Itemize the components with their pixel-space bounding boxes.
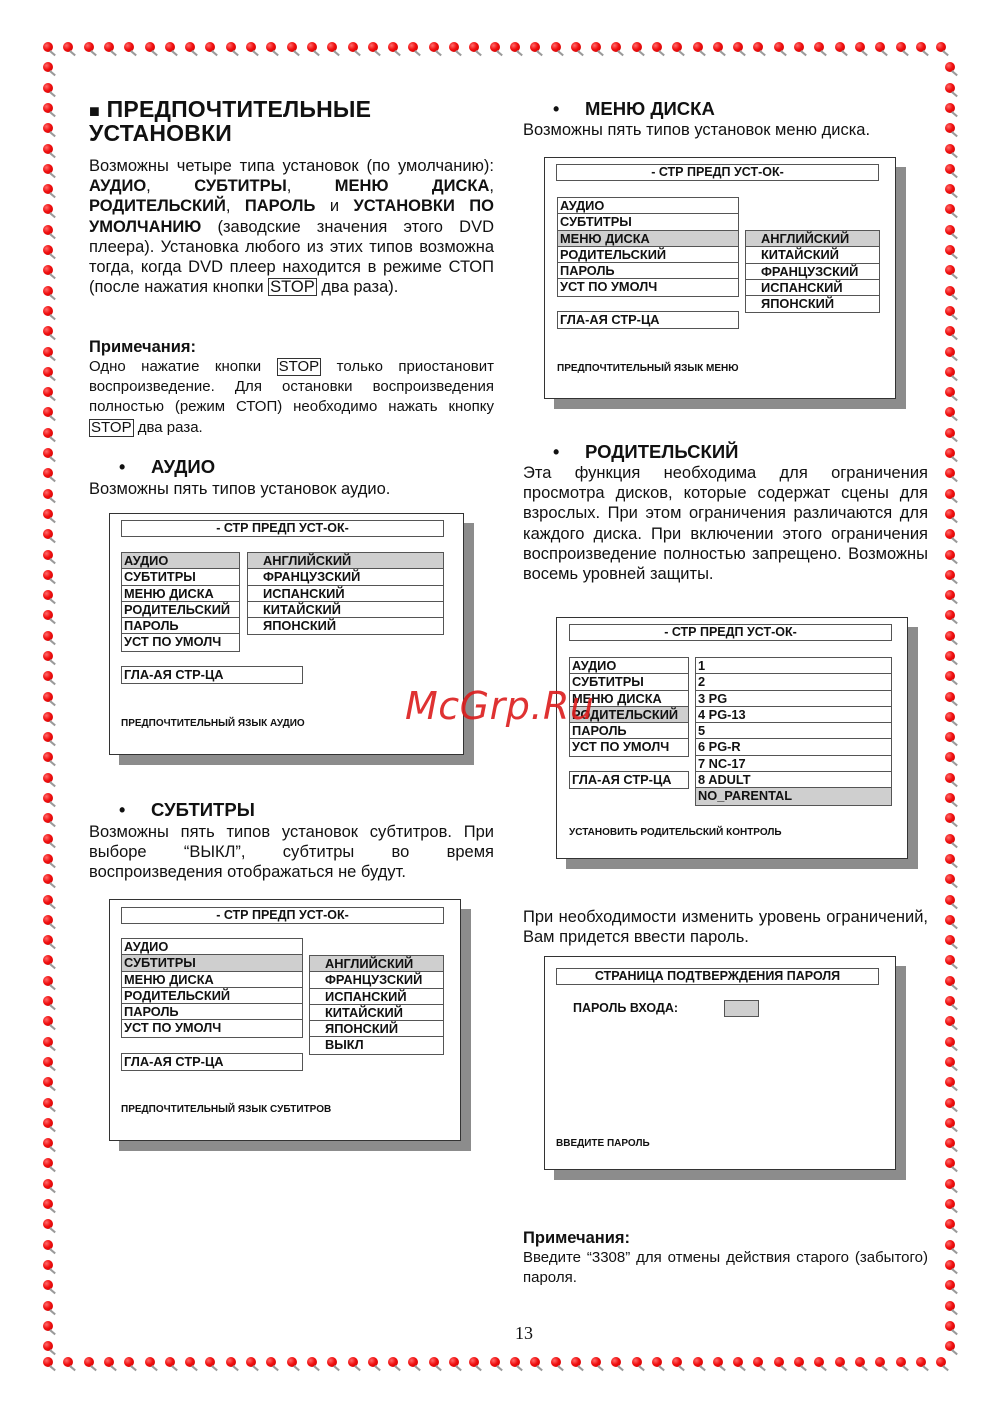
pin-icon [945,550,955,560]
pin-icon [530,42,540,52]
pin-icon [43,935,53,945]
final-note-block: Примечания: Введите “3308” для отмены де… [523,1229,928,1288]
menu-item[interactable]: РОДИТЕЛЬСКИЙ [122,602,239,618]
option-item[interactable]: ЯПОНСКИЙ [248,618,443,634]
pin-icon [43,854,53,864]
pin-icon [794,1357,804,1367]
pin-icon [632,1357,642,1367]
osd-footer-hint: ПРЕДПОЧТИТЕЛЬНЫЙ ЯЗЫК АУДИО [121,718,305,729]
pin-icon [43,610,53,620]
pin-icon [43,1158,53,1168]
pin-icon [611,1357,621,1367]
option-item[interactable]: ИСПАНСКИЙ [248,586,443,602]
pin-icon [43,1240,53,1250]
bullet-icon: • [523,442,585,463]
pin-icon [165,42,175,52]
option-item[interactable]: КИТАЙСКИЙ [248,602,443,618]
pin-icon [774,1357,784,1367]
osd-title: - СТР ПРЕДП УСТ-ОК- [121,520,444,537]
pin-icon [945,732,955,742]
pin-icon [693,1357,703,1367]
parental-description: Эта функция необходима для ограничения п… [523,463,928,584]
pin-icon [672,1357,682,1367]
pin-icon [490,42,500,52]
pin-icon [43,245,53,255]
pin-icon [84,42,94,52]
pin-icon [945,1077,955,1087]
pin-icon [205,1357,215,1367]
audio-heading: •АУДИО [89,456,215,478]
option-item[interactable]: 5 [696,723,891,739]
pin-icon [945,245,955,255]
main-page-button[interactable]: ГЛА-АЯ СТР-ЦА [121,666,303,684]
pin-icon [510,42,520,52]
menu-item[interactable]: МЕНЮ ДИСКА [558,231,738,247]
menu-item[interactable]: РОДИТЕЛЬСКИЙ [558,247,738,263]
pin-icon [713,1357,723,1367]
bullet-icon: • [523,99,585,120]
pin-icon [408,1357,418,1367]
parental-heading: •РОДИТЕЛЬСКИЙ [523,441,738,463]
pin-icon [945,671,955,681]
disc-menu-settings-menu: АУДИОСУБТИТРЫМЕНЮ ДИСКАРОДИТЕЛЬСКИЙПАРОЛ… [557,197,739,297]
pin-icon [43,265,53,275]
pin-icon [945,1118,955,1128]
pin-icon [611,42,621,52]
subtitles-description: Возможны пять типов установок субтитров.… [89,822,494,883]
pin-icon [43,1219,53,1229]
pin-icon [794,42,804,52]
pin-icon [43,468,53,478]
pin-icon [185,42,195,52]
pin-icon [896,1357,906,1367]
stop-key-label: STOP [268,278,317,296]
pin-icon [43,996,53,1006]
disc-menu-description: Возможны пять типов установок меню диска… [523,120,928,140]
pin-icon [43,1321,53,1331]
disc-menu-heading: •МЕНЮ ДИСКА [523,98,715,120]
option-item[interactable]: 2 [696,674,891,690]
menu-item[interactable]: СУБТИТРЫ [122,569,239,585]
pin-icon [945,1240,955,1250]
option-item[interactable]: АНГЛИЙСКИЙ [310,956,443,972]
menu-item[interactable]: УСТ ПО УМОЛЧ [558,279,738,295]
pin-icon [43,752,53,762]
pin-icon [43,692,53,702]
pin-icon [43,306,53,316]
main-page-button[interactable]: ГЛА-АЯ СТР-ЦА [557,311,739,329]
audio-settings-menu: АУДИОСУБТИТРЫМЕНЮ ДИСКАРОДИТЕЛЬСКИЙПАРОЛ… [121,552,240,652]
pin-icon [945,367,955,377]
pin-icon [713,42,723,52]
pin-icon [945,1179,955,1189]
pin-icon [246,1357,256,1367]
option-item[interactable]: 6 PG-R [696,739,891,755]
pin-icon [945,1260,955,1270]
menu-item[interactable]: АУДИО [122,939,302,955]
page-number: 13 [515,1323,533,1344]
pin-icon [63,42,73,52]
pin-icon [945,428,955,438]
pin-icon [945,1158,955,1168]
pin-icon [855,1357,865,1367]
osd-footer-hint: ПРЕДПОЧТИТЕЛЬНЫЙ ЯЗЫК МЕНЮ [557,363,739,374]
pin-icon [43,428,53,438]
pin-icon [287,1357,297,1367]
pin-icon [43,204,53,214]
pin-icon [945,610,955,620]
pin-icon [348,42,358,52]
password-input[interactable] [724,1000,759,1017]
pin-icon [43,570,53,580]
pin-icon [43,895,53,905]
subtitles-settings-menu: АУДИОСУБТИТРЫМЕНЮ ДИСКАРОДИТЕЛЬСКИЙПАРОЛ… [121,938,303,1038]
pin-icon [945,813,955,823]
menu-item[interactable]: АУДИО [570,658,688,674]
note-heading: Примечания: [523,1229,928,1248]
pin-icon [43,732,53,742]
pin-icon [945,62,955,72]
pin-icon [327,42,337,52]
pin-icon [551,42,561,52]
pin-icon [307,42,317,52]
pin-icon [733,1357,743,1367]
pin-icon [43,509,53,519]
pin-icon [368,1357,378,1367]
pin-icon [165,1357,175,1367]
pin-icon [43,834,53,844]
menu-item[interactable]: МЕНЮ ДИСКА [122,586,239,602]
pin-icon [469,1357,479,1367]
pin-icon [945,590,955,600]
pin-icon [945,1199,955,1209]
pin-icon [945,103,955,113]
pin-icon [945,752,955,762]
pin-icon [63,1357,73,1367]
pin-icon [226,42,236,52]
option-item[interactable]: ЯПОНСКИЙ [746,296,879,312]
pin-icon [43,1037,53,1047]
osd-footer-hint: ПРЕДПОЧТИТЕЛЬНЫЙ ЯЗЫК СУБТИТРОВ [121,1104,331,1115]
parental-level-options: 123 PG4 PG-1356 PG-R7 NC-178 ADULTNO_PAR… [695,657,892,806]
pin-icon [104,1357,114,1367]
pin-icon [632,42,642,52]
pin-icon [490,1357,500,1367]
parental-osd-screen: - СТР ПРЕДП УСТ-ОК- АУДИОСУБТИТРЫМЕНЮ ДИ… [556,617,908,859]
pin-icon [43,1098,53,1108]
pin-icon [43,1199,53,1209]
option-item[interactable]: 8 ADULT [696,772,891,788]
pin-icon [945,164,955,174]
option-item[interactable]: ФРАНЦУЗСКИЙ [310,972,443,988]
menu-item[interactable]: УСТ ПО УМОЛЧ [122,1020,302,1036]
pin-icon [266,42,276,52]
pin-icon [945,448,955,458]
disc-menu-osd-screen: - СТР ПРЕДП УСТ-ОК- АУДИОСУБТИТРЫМЕНЮ ДИ… [544,157,896,399]
pin-icon [571,42,581,52]
pin-icon [145,42,155,52]
watermark: McGrp.Ru [405,684,594,728]
menu-item[interactable]: ПАРОЛЬ [558,263,738,279]
pin-icon [753,1357,763,1367]
pin-icon [945,895,955,905]
pin-icon [124,42,134,52]
option-item[interactable]: ИСПАНСКИЙ [310,989,443,1005]
pin-icon [43,286,53,296]
pin-icon [945,570,955,580]
pin-icon [307,1357,317,1367]
note-heading: Примечания: [89,338,494,357]
pin-icon [388,1357,398,1367]
pin-icon [43,671,53,681]
menu-item[interactable]: АУДИО [122,553,239,569]
pin-icon [945,773,955,783]
pin-icon [43,712,53,722]
osd-footer-hint: УСТАНОВИТЬ РОДИТЕЛЬСКИЙ КОНТРОЛЬ [569,827,782,838]
pin-icon [145,1357,155,1367]
pin-icon [84,1357,94,1367]
pin-icon [945,976,955,986]
pin-icon [43,1341,53,1351]
pin-icon [945,204,955,214]
pin-icon [43,1301,53,1311]
menu-item[interactable]: СУБТИТРЫ [122,955,302,971]
pin-icon [449,42,459,52]
menu-item[interactable]: УСТ ПО УМОЛЧ [570,739,688,755]
pin-icon [43,1179,53,1189]
pin-icon [945,1219,955,1229]
menu-item[interactable]: РОДИТЕЛЬСКИЙ [122,988,302,1004]
option-item[interactable]: 1 [696,658,891,674]
pin-icon [43,529,53,539]
pin-icon [246,42,256,52]
pin-icon [226,1357,236,1367]
pin-icon [43,347,53,357]
osd-title: - СТР ПРЕДП УСТ-ОК- [121,907,444,924]
option-item[interactable]: NO_PARENTAL [696,788,891,804]
pin-icon [652,1357,662,1367]
pin-icon [43,590,53,600]
main-page-button[interactable]: ГЛА-АЯ СТР-ЦА [569,771,689,789]
pin-icon [945,834,955,844]
pin-icon [449,1357,459,1367]
pin-icon [368,42,378,52]
note-text: Одно нажатие кнопки STOP только приостан… [89,357,494,438]
pin-icon [945,144,955,154]
pin-icon [945,793,955,803]
pin-icon [875,1357,885,1367]
pin-icon [945,1341,955,1351]
pin-icon [774,42,784,52]
menu-item[interactable]: УСТ ПО УМОЛЧ [122,634,239,650]
pin-icon [185,1357,195,1367]
pin-icon [945,407,955,417]
intro-paragraph: Возможны четыре типа установок (по умолч… [89,156,494,297]
osd-title: - СТР ПРЕДП УСТ-ОК- [569,624,892,641]
pin-icon [43,42,53,52]
pin-icon [43,1118,53,1128]
pin-icon [945,83,955,93]
pin-icon [945,955,955,965]
pin-icon [835,1357,845,1367]
pin-icon [43,874,53,884]
pin-icon [43,407,53,417]
pin-icon [43,813,53,823]
menu-item[interactable]: ПАРОЛЬ [122,618,239,634]
subtitles-language-options: АНГЛИЙСКИЙФРАНЦУЗСКИЙИСПАНСКИЙКИТАЙСКИЙЯ… [309,955,444,1055]
pin-icon [945,854,955,864]
stop-key-label: STOP [277,358,322,376]
pin-icon [43,448,53,458]
pin-icon [652,42,662,52]
pin-icon [43,62,53,72]
pin-icon [945,1098,955,1108]
pin-icon [875,42,885,52]
pin-icon [916,1357,926,1367]
menu-item[interactable]: МЕНЮ ДИСКА [122,972,302,988]
pin-icon [43,1260,53,1270]
pin-icon [429,42,439,52]
menu-item[interactable]: СУБТИТРЫ [558,214,738,230]
pin-icon [327,1357,337,1367]
pin-icon [43,651,53,661]
pin-icon [945,326,955,336]
pin-icon [945,651,955,661]
pin-icon [945,1280,955,1290]
audio-description: Возможны пять типов установок аудио. [89,479,494,499]
pin-icon [43,387,53,397]
section-title: ■ ПРЕДПОЧТИТЕЛЬНЫЕ УСТАНОВКИ [89,98,509,144]
pin-icon [43,1138,53,1148]
bullet-icon: • [89,800,151,821]
pin-icon [43,123,53,133]
pin-icon [266,1357,276,1367]
pin-icon [530,1357,540,1367]
square-bullet-icon: ■ [89,101,100,121]
pin-icon [945,509,955,519]
option-item[interactable]: ФРАНЦУЗСКИЙ [248,569,443,585]
pin-icon [945,692,955,702]
pin-icon [287,42,297,52]
pin-icon [945,529,955,539]
option-item[interactable]: АНГЛИЙСКИЙ [248,553,443,569]
subtitles-osd-screen: - СТР ПРЕДП УСТ-ОК- АУДИОСУБТИТРЫМЕНЮ ДИ… [109,899,461,1141]
pin-icon [936,1357,946,1367]
pin-icon [733,42,743,52]
pin-icon [571,1357,581,1367]
pin-icon [753,42,763,52]
option-item[interactable]: ВЫКЛ [310,1037,443,1053]
pin-icon [814,42,824,52]
pin-icon [693,42,703,52]
pin-icon [672,42,682,52]
pin-icon [945,915,955,925]
pin-icon [43,773,53,783]
pin-icon [43,83,53,93]
pin-icon [43,225,53,235]
menu-item[interactable]: ПАРОЛЬ [122,1004,302,1020]
option-item[interactable]: АНГЛИЙСКИЙ [746,231,879,247]
pin-icon [945,184,955,194]
option-item[interactable]: ФРАНЦУЗСКИЙ [746,264,879,280]
stop-key-label: STOP [89,419,134,437]
password-page-title: СТРАНИЦА ПОДТВЕРЖДЕНИЯ ПАРОЛЯ [556,968,879,985]
pin-icon [43,550,53,560]
pin-icon [469,42,479,52]
pin-icon [43,367,53,377]
subtitles-heading: •СУБТИТРЫ [89,799,255,821]
pin-icon [43,1077,53,1087]
osd-footer-hint: ВВЕДИТЕ ПАРОЛЬ [556,1138,650,1149]
pin-icon [945,935,955,945]
note-text: Введите “3308” для отмены действия старо… [523,1248,928,1288]
pin-icon [945,123,955,133]
pin-icon [945,286,955,296]
disc-menu-language-options: АНГЛИЙСКИЙКИТАЙСКИЙФРАНЦУЗСКИЙИСПАНСКИЙЯ… [745,230,880,313]
option-item[interactable]: 7 NC-17 [696,756,891,772]
password-osd-screen: СТРАНИЦА ПОДТВЕРЖДЕНИЯ ПАРОЛЯ ПАРОЛЬ ВХО… [544,956,896,1170]
pin-icon [43,184,53,194]
pin-icon [43,955,53,965]
pin-icon [43,144,53,154]
note-block: Примечания: Одно нажатие кнопки STOP тол… [89,338,494,438]
pin-icon [388,42,398,52]
title-line-2: УСТАНОВКИ [89,122,509,144]
option-item[interactable]: ЯПОНСКИЙ [310,1021,443,1037]
osd-title: - СТР ПРЕДП УСТ-ОК- [556,164,879,181]
option-item[interactable]: КИТАЙСКИЙ [746,247,879,263]
pin-icon [945,468,955,478]
pin-icon [104,42,114,52]
pin-icon [945,1301,955,1311]
option-item[interactable]: 3 PG [696,691,891,707]
pin-icon [43,793,53,803]
pin-icon [945,1321,955,1331]
pin-icon [945,631,955,641]
pin-icon [945,1138,955,1148]
main-page-button[interactable]: ГЛА-АЯ СТР-ЦА [121,1053,303,1071]
pin-icon [43,1057,53,1067]
pin-icon [945,1016,955,1026]
pin-icon [945,1037,955,1047]
pin-icon [945,306,955,316]
pin-icon [510,1357,520,1367]
option-item[interactable]: 4 PG-13 [696,707,891,723]
pin-icon [936,42,946,52]
pin-icon [945,387,955,397]
pin-icon [945,996,955,1006]
pin-icon [835,42,845,52]
pin-icon [945,347,955,357]
option-item[interactable]: ИСПАНСКИЙ [746,280,879,296]
pin-icon [591,42,601,52]
pin-icon [945,225,955,235]
pin-icon [43,489,53,499]
pin-icon [814,1357,824,1367]
pin-icon [43,1016,53,1026]
pin-icon [945,489,955,499]
pin-icon [43,1280,53,1290]
menu-item[interactable]: АУДИО [558,198,738,214]
pin-icon [916,42,926,52]
pin-icon [43,103,53,113]
pin-icon [205,42,215,52]
option-item[interactable]: КИТАЙСКИЙ [310,1005,443,1021]
pin-icon [855,42,865,52]
pin-icon [945,712,955,722]
pin-icon [124,1357,134,1367]
pin-icon [43,1357,53,1367]
